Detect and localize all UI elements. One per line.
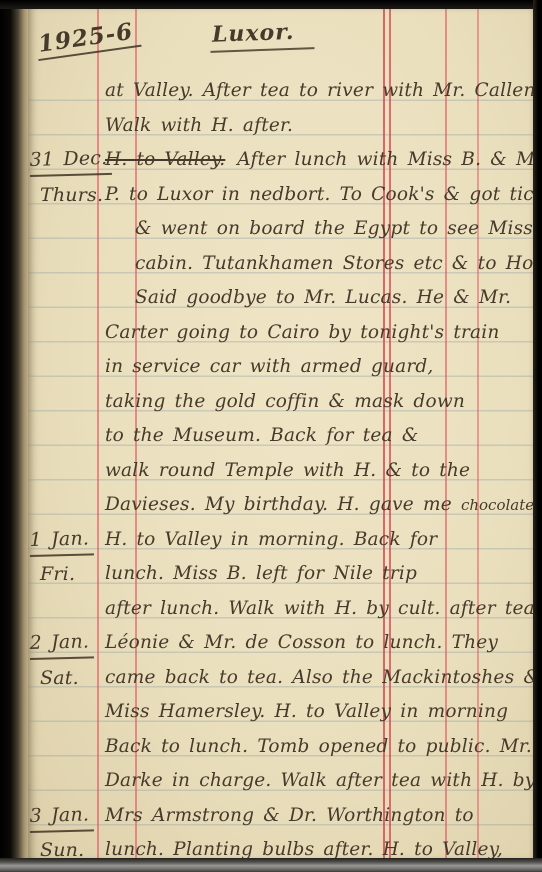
diary-line: taking the gold coffin & mask down	[28, 385, 534, 420]
photo-edge-top	[0, 0, 542, 9]
entry-text: at Valley. After tea to river with Mr. C…	[105, 74, 534, 109]
diary-line: Davieses. My birthday. H. gave me chocol…	[28, 488, 534, 523]
table-surface	[0, 858, 542, 872]
entry-text: after lunch. Walk with H. by cult. after…	[105, 592, 534, 627]
entry-text: in service car with armed guard,	[105, 350, 434, 385]
entry-text: Mrs Armstrong & Dr. Worthington to	[105, 799, 474, 834]
diary-line: 1 Jan.H. to Valley in morning. Back for	[28, 523, 534, 558]
date-label: 31 Dec.	[30, 143, 112, 178]
day-label: Sun.	[40, 833, 84, 860]
diary-line: walk round Temple with H. & to the	[28, 454, 534, 489]
diary-line: 2 Jan.Léonie & Mr. de Cosson to lunch. T…	[28, 626, 534, 661]
entry-text: lunch. Planting bulbs after. H. to Valle…	[105, 833, 503, 860]
book-binding-edge	[0, 0, 30, 872]
diary-line: after lunch. Walk with H. by cult. after…	[28, 592, 534, 627]
entry-text: came back to tea. Also the Mackintoshes …	[105, 661, 534, 696]
diary-line: & went on board the Egypt to see Miss B'…	[28, 212, 534, 247]
date-label: 2 Jan.	[30, 626, 94, 661]
day-label: Sat.	[40, 661, 79, 696]
diary-line: Walk with H. after.	[28, 109, 534, 144]
entry-text: Davieses. My birthday. H. gave me chocol…	[105, 488, 534, 523]
entry-text: Léonie & Mr. de Cosson to lunch. They	[105, 626, 498, 661]
entry-text: & went on board the Egypt to see Miss B'…	[135, 212, 534, 247]
date-label: 1 Jan.	[30, 523, 94, 558]
entry-text: Walk with H. after.	[105, 109, 293, 144]
entry-text: cabin. Tutankhamen Stores etc & to Hotel	[135, 247, 534, 282]
photo-edge-right	[533, 0, 542, 872]
diary-line: Said goodbye to Mr. Lucas. He & Mr.	[28, 281, 534, 316]
entry-text: Said goodbye to Mr. Lucas. He & Mr.	[135, 281, 511, 316]
diary-line: 3 Jan.Mrs Armstrong & Dr. Worthington to	[28, 799, 534, 834]
squeezed-text: chocolates.	[461, 496, 534, 514]
page-title: Luxor.	[209, 18, 315, 53]
diary-line: Back to lunch. Tomb opened to public. Mr…	[28, 730, 534, 765]
entry-text: Miss Hamersley. H. to Valley in morning	[105, 695, 508, 730]
diary-line: Carter going to Cairo by tonight's train	[28, 316, 534, 351]
diary-line: Darke in charge. Walk after tea with H. …	[28, 764, 534, 799]
year-label: 1925-6	[34, 17, 141, 61]
diary-line: Miss Hamersley. H. to Valley in morning	[28, 695, 534, 730]
entry-text: H. to Valley in morning. Back for	[105, 523, 437, 558]
diary-line: Sun.lunch. Planting bulbs after. H. to V…	[28, 833, 534, 860]
diary-line: Thurs.P. to Luxor in nedbort. To Cook's …	[28, 178, 534, 213]
entry-text: Carter going to Cairo by tonight's train	[105, 316, 499, 351]
entry-text: P. to Luxor in nedbort. To Cook's & got …	[105, 178, 534, 213]
diary-line: Sat.came back to tea. Also the Mackintos…	[28, 661, 534, 696]
entry-text: to the Museum. Back for tea &	[105, 419, 419, 454]
diary-line: at Valley. After tea to river with Mr. C…	[28, 74, 534, 109]
day-label: Thurs.	[40, 178, 103, 213]
entry-text: Darke in charge. Walk after tea with H. …	[105, 764, 534, 799]
entry-text: H. to Valley.After lunch with Miss B. & …	[105, 143, 534, 178]
diary-entries: at Valley. After tea to river with Mr. C…	[28, 74, 534, 860]
diary-line: 31 Dec.H. to Valley.After lunch with Mis…	[28, 143, 534, 178]
date-label: 3 Jan.	[30, 799, 94, 834]
diary-line: Fri.lunch. Miss B. left for Nile trip	[28, 557, 534, 592]
notebook-page: 1925-6 Luxor. at Valley. After tea to ri…	[28, 8, 534, 860]
entry-text: walk round Temple with H. & to the	[105, 454, 470, 489]
diary-line: to the Museum. Back for tea &	[28, 419, 534, 454]
diary-scan: 1925-6 Luxor. at Valley. After tea to ri…	[0, 0, 542, 872]
entry-text: taking the gold coffin & mask down	[105, 385, 465, 420]
diary-line: cabin. Tutankhamen Stores etc & to Hotel	[28, 247, 534, 282]
struck-text: H. to Valley.	[105, 149, 225, 170]
entry-text: lunch. Miss B. left for Nile trip	[105, 557, 417, 592]
day-label: Fri.	[40, 557, 75, 592]
diary-line: in service car with armed guard,	[28, 350, 534, 385]
entry-text: Back to lunch. Tomb opened to public. Mr…	[105, 730, 532, 765]
